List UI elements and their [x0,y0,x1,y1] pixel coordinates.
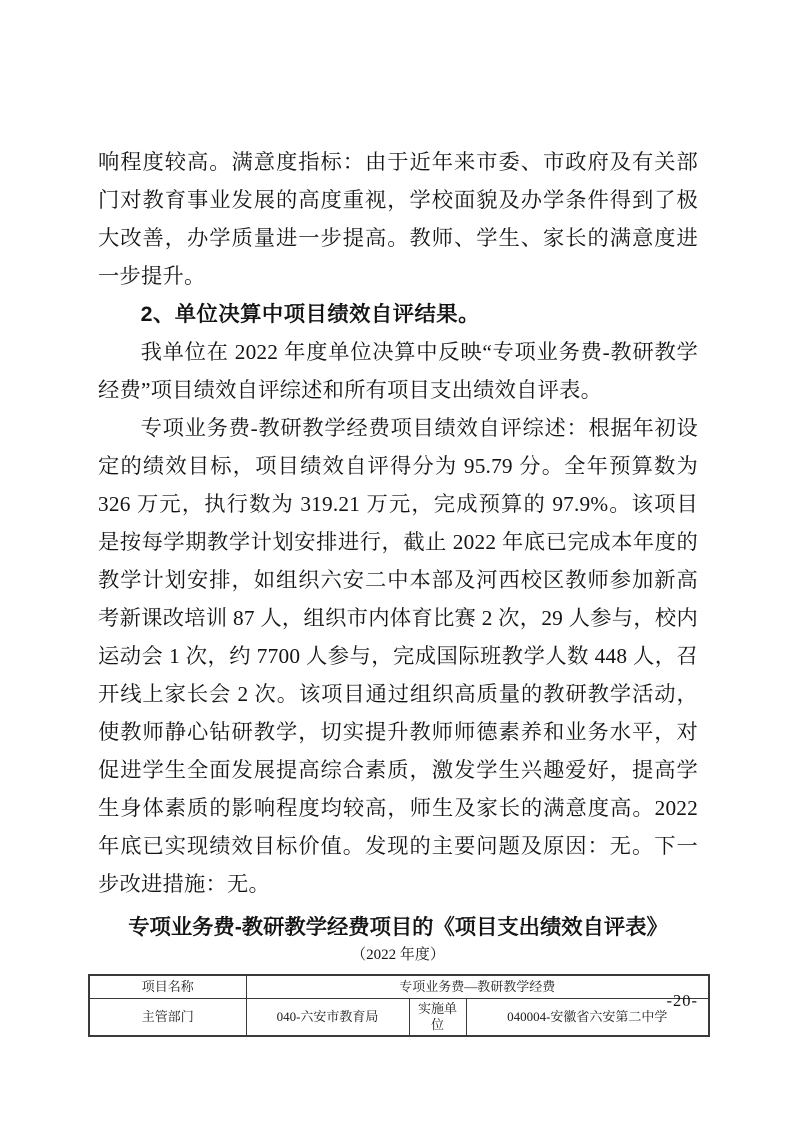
table-title: 专项业务费-教研教学经费项目的《项目支出绩效自评表》 [98,913,698,941]
page-number: -20- [98,991,698,1011]
document-page: 响程度较高。满意度指标：由于近年来市委、市政府及有关部门对教育事业发展的高度重视… [0,0,793,1122]
section-heading-self-eval-results: 2、单位决算中项目绩效自评结果。 [98,295,698,333]
body-paragraph-satisfaction: 响程度较高。满意度指标：由于近年来市委、市政府及有关部门对教育事业发展的高度重视… [98,143,698,295]
table-subtitle-year: （2022 年度） [98,943,698,967]
page-content: 响程度较高。满意度指标：由于近年来市委、市政府及有关部门对教育事业发展的高度重视… [98,143,698,1037]
body-paragraph-unit-statement: 我单位在 2022 年度单位决算中反映“专项业务费-教研教学经费”项目绩效自评综… [98,333,698,409]
body-paragraph-self-eval-summary: 专项业务费-教研教学经费项目绩效自评综述：根据年初设定的绩效目标，项目绩效自评得… [98,409,698,903]
